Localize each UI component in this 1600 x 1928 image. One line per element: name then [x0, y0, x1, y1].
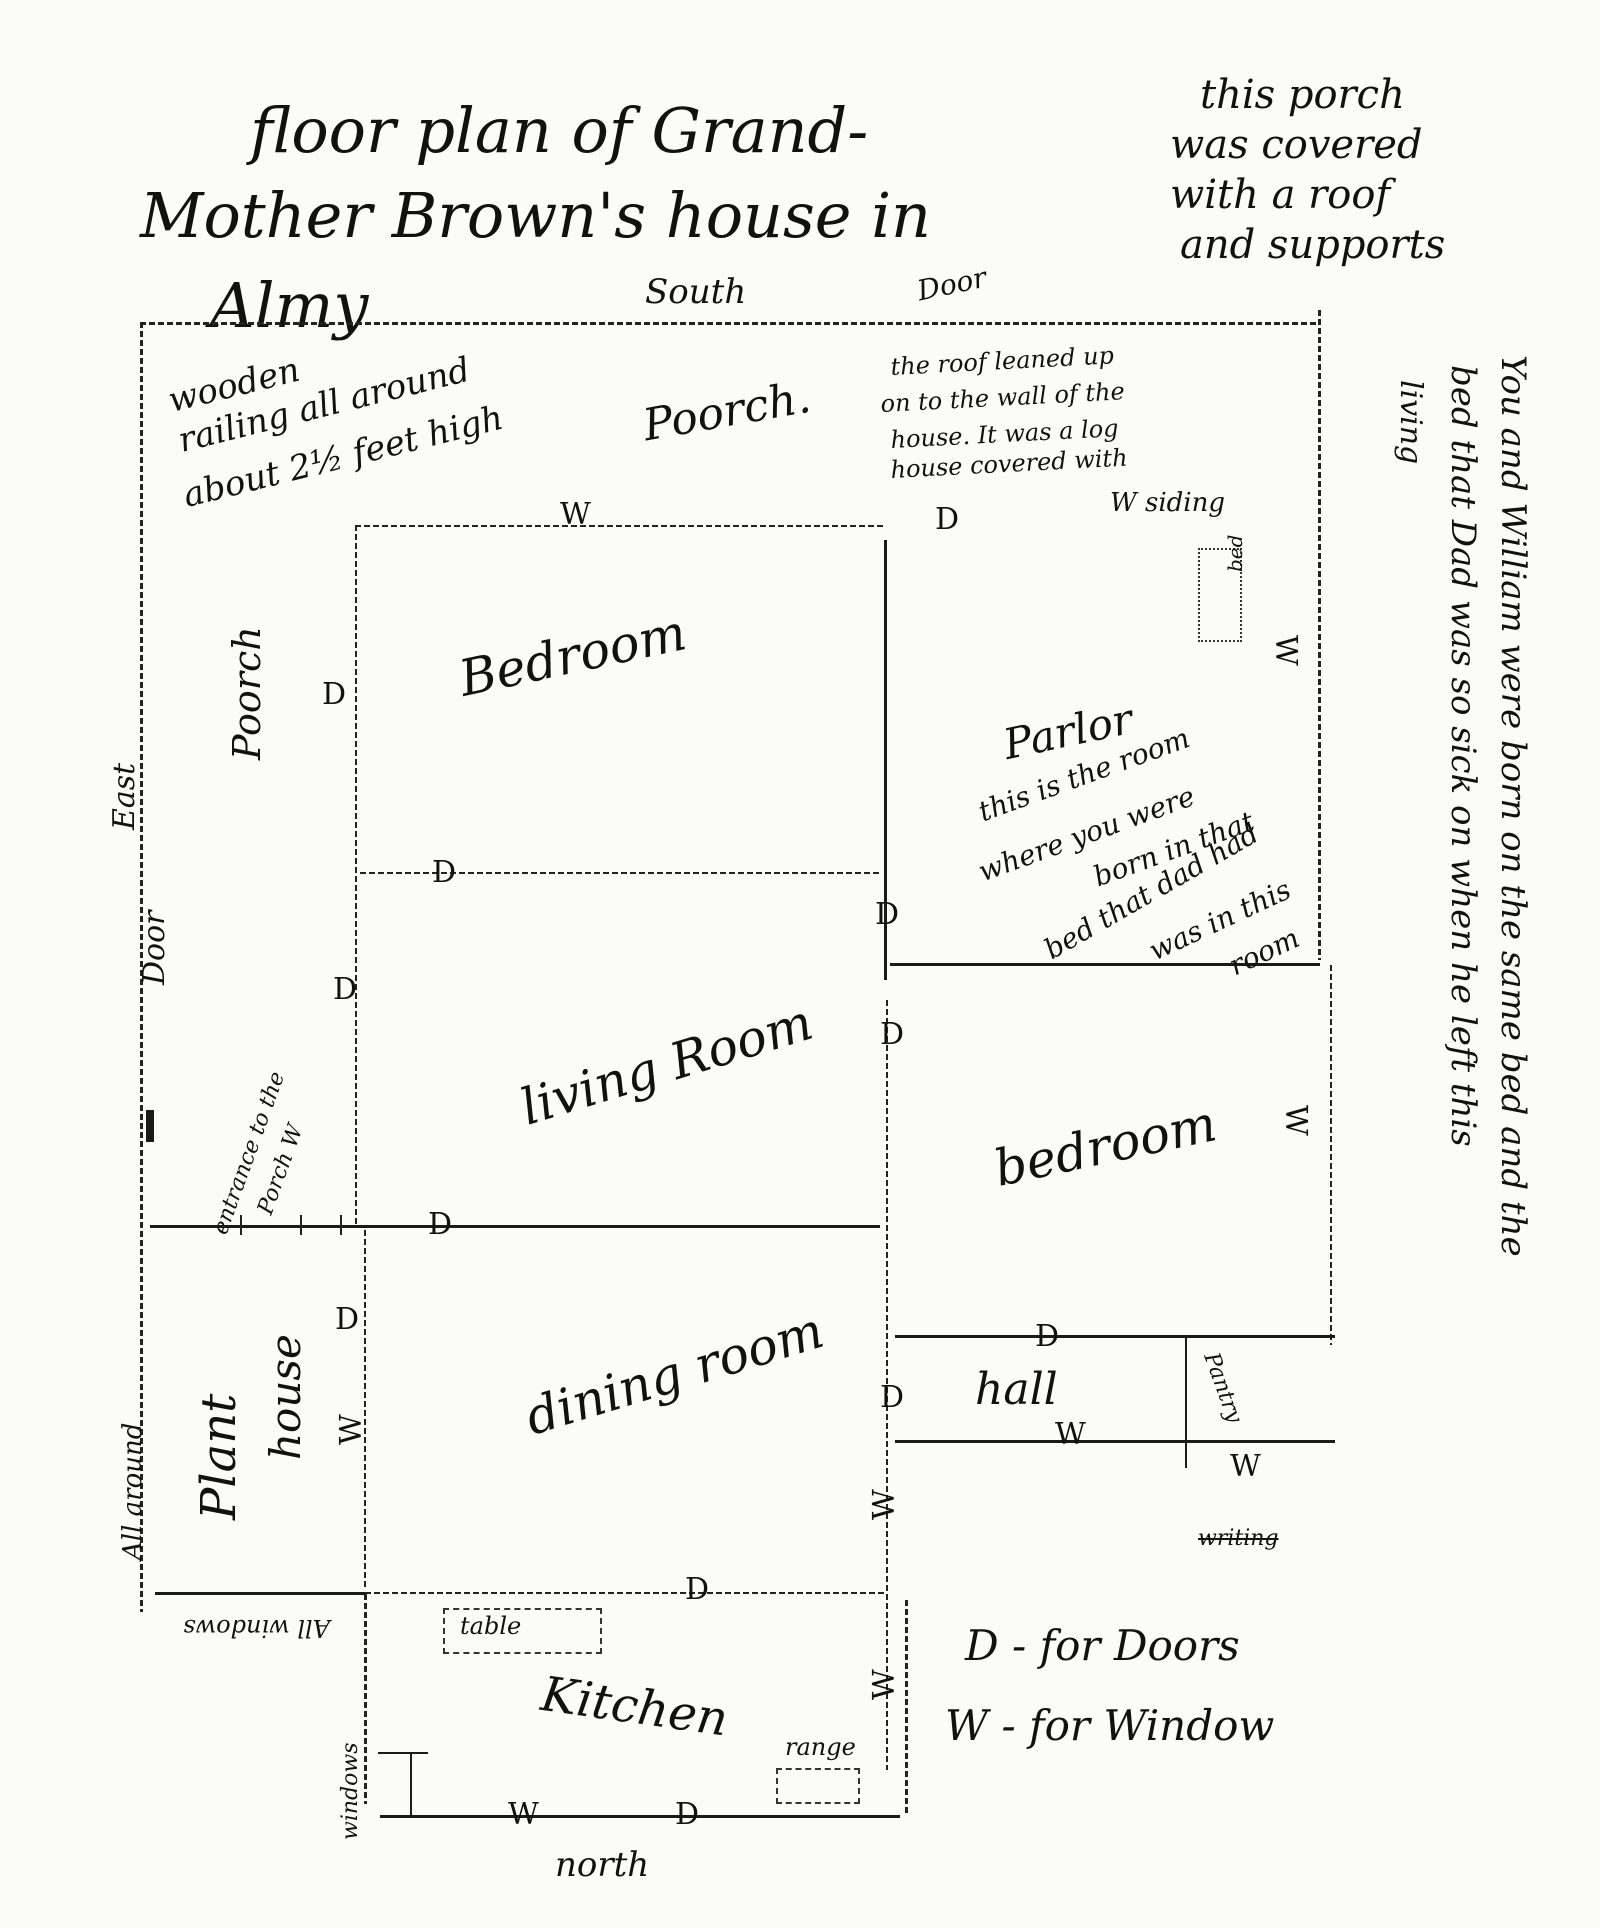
door-marker: D: [432, 858, 456, 888]
room-hall: hall: [975, 1368, 1058, 1412]
plant-house-line-2: house: [265, 1334, 307, 1460]
window-marker: W: [508, 1800, 539, 1830]
side-note-line-2: bed that Dad was so sick on when he left…: [1446, 365, 1480, 1147]
door-marker: D: [335, 1305, 359, 1335]
outer-wall-right-lower: [1330, 965, 1332, 1345]
door-marker: D: [875, 900, 899, 930]
range: [776, 1768, 860, 1804]
left-door-marker: [146, 1110, 154, 1142]
legend-windows: W - for Window: [945, 1705, 1274, 1747]
window-marker: W: [1270, 635, 1300, 666]
bed-label: bed: [1225, 535, 1245, 572]
porch-note-line-2: was covered: [1170, 125, 1422, 165]
room-dining-room: dining room: [520, 1305, 829, 1443]
house-wall-top: [355, 525, 885, 527]
wall-living-dining: [150, 1225, 880, 1228]
door-marker: D: [675, 1800, 699, 1830]
door-marker: D: [322, 680, 346, 710]
parlor-note-line-6: room: [1225, 924, 1304, 981]
door-marker: D: [685, 1575, 709, 1605]
kitchen-wall-left: [364, 1594, 367, 1804]
porch-note-line-1: this porch: [1200, 75, 1405, 115]
legend-doors: D - for Doors: [965, 1625, 1240, 1667]
window-marker: W: [337, 1414, 367, 1445]
title-line-1: floor plan of Grand-: [250, 100, 868, 162]
kitchen-cupboard: [378, 1752, 428, 1754]
hall-wall-top: [895, 1335, 1335, 1338]
kitchen-wall-bottom: [380, 1815, 900, 1818]
crossed-writing: writing: [1198, 1528, 1279, 1550]
outer-wall-right: [1318, 310, 1321, 960]
porch-note-line-3: with a roof: [1170, 175, 1390, 215]
hall-wall-bottom: [895, 1440, 1335, 1443]
plant-house-bottom: [155, 1592, 365, 1595]
window-marker: W: [870, 1669, 900, 1700]
side-note-line-1: You and William were born on the same be…: [1496, 355, 1530, 1257]
outer-wall-top: [140, 322, 1320, 325]
title-line-3: Almy: [210, 275, 368, 337]
window-marker: W: [1280, 1105, 1310, 1136]
porch-note-line-4: and supports: [1180, 225, 1445, 265]
siding-note: W siding: [1110, 490, 1225, 516]
title-line-2: Mother Brown's house in: [140, 185, 931, 247]
porch-side-label: Poorch: [228, 626, 266, 760]
plant-house-wall: [364, 1230, 366, 1590]
window-marker: W: [1230, 1452, 1261, 1482]
roof-note-line-2: on to the wall of the: [880, 379, 1125, 416]
all-windows-label: All windows: [183, 1616, 330, 1640]
kitchen-cupboard-stem: [410, 1752, 412, 1816]
side-note-line-3: living: [1395, 380, 1425, 464]
house-wall-left: [355, 525, 357, 1225]
all-around-label: All around: [120, 1423, 146, 1560]
table-label: table: [460, 1614, 521, 1638]
wall-dining-kitchen: [365, 1592, 885, 1594]
room-bedroom-2: bedroom: [990, 1098, 1221, 1194]
door-marker: D: [880, 1020, 904, 1050]
door-marker: D: [880, 1383, 904, 1413]
compass-south: South: [645, 275, 746, 309]
kitchen-wall-right: [905, 1600, 908, 1815]
door-label-top: Door: [915, 264, 989, 306]
door-marker: D: [333, 975, 357, 1005]
roof-note-line-1: the roof leaned up: [890, 343, 1114, 379]
room-pantry: Pantry: [1199, 1350, 1245, 1426]
plant-house-line-1: Plant: [195, 1394, 243, 1520]
door-marker: D: [935, 505, 959, 535]
window-marker: W: [560, 500, 591, 530]
compass-north: north: [555, 1848, 649, 1882]
range-label: range: [785, 1735, 856, 1759]
door-marker: D: [1035, 1322, 1059, 1352]
door-label-left: Door: [140, 910, 170, 985]
room-bedroom-1: Bedroom: [455, 607, 690, 704]
room-kitchen: Kitchen: [538, 1670, 730, 1744]
window-marker: W: [870, 1489, 900, 1520]
room-living-room: living Room: [515, 997, 818, 1133]
window-marker: W: [1055, 1420, 1086, 1450]
side-windows-label: windows: [340, 1743, 362, 1841]
compass-east: East: [110, 763, 140, 830]
door-marker: D: [428, 1210, 452, 1240]
pantry-wall: [1185, 1338, 1187, 1468]
porch-top-label: Poorch.: [640, 376, 814, 449]
